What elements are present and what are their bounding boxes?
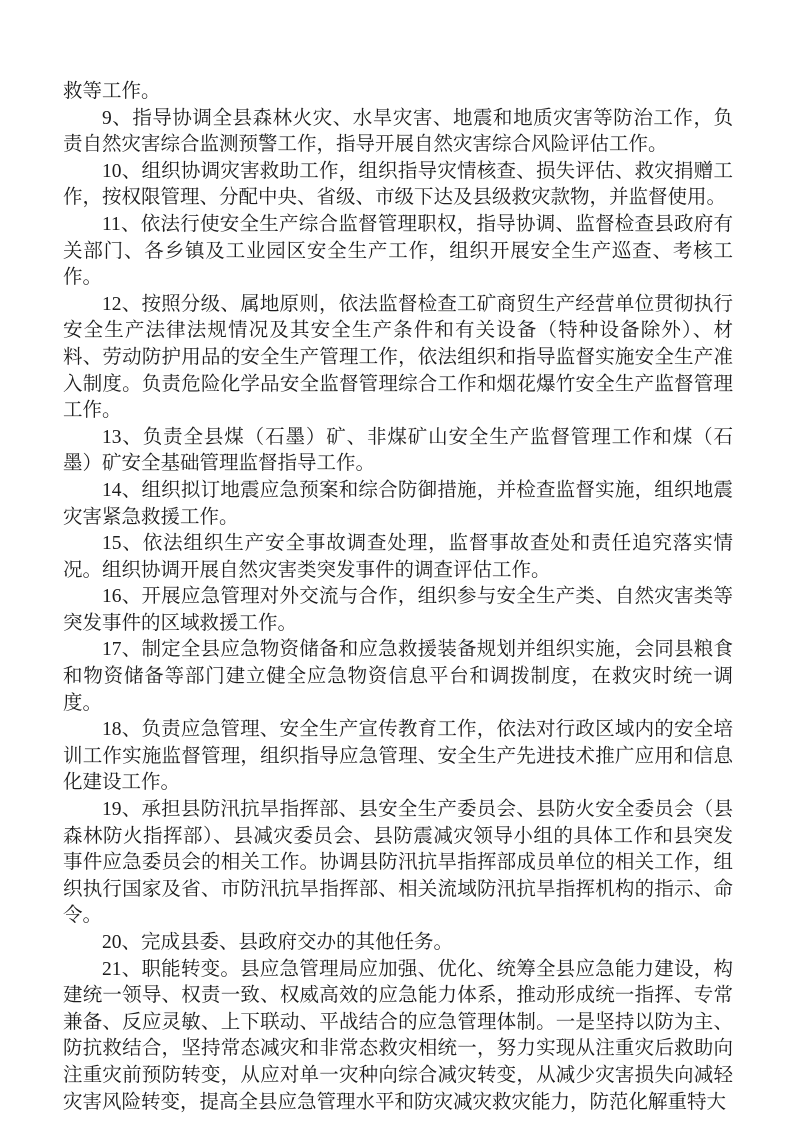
clause-duty-17: 17、制定全县应急物资储备和应急救援装备规划并组织实施，会同县粮食和物资储备等部…: [63, 637, 733, 717]
clause-duty-20: 20、完成县委、县政府交办的其他任务。: [63, 930, 733, 957]
clause-duty-10: 10、组织协调灾害救助工作，组织指导灾情核查、损失评估、救灾捐赠工作，按权限管理…: [63, 159, 733, 212]
clause-duty-13: 13、负责全县煤（石墨）矿、非煤矿山安全生产监督管理工作和煤（石墨）矿安全基础管…: [63, 425, 733, 478]
clause-duty-14: 14、组织拟订地震应急预案和综合防御措施，并检查监督实施，组织地震灾害紧急救援工…: [63, 478, 733, 531]
clause-duty-19: 19、承担县防汛抗旱指挥部、县安全生产委员会、县防火安全委员会（县森林防火指挥部…: [63, 797, 733, 930]
document-page: 救等工作。 9、指导协调全县森林火灾、水旱灾害、地震和地质灾害等防治工作，负责自…: [0, 0, 793, 1122]
clause-continuation: 救等工作。: [63, 79, 733, 106]
clause-duty-11: 11、依法行使安全生产综合监督管理职权，指导协调、监督检查县政府有关部门、各乡镇…: [63, 212, 733, 292]
clause-duty-16: 16、开展应急管理对外交流与合作，组织参与安全生产类、自然灾害类等突发事件的区域…: [63, 584, 733, 637]
clause-duty-18: 18、负责应急管理、安全生产宣传教育工作，依法对行政区域内的安全培训工作实施监督…: [63, 717, 733, 797]
clause-duty-15: 15、依法组织生产安全事故调查处理，监督事故查处和责任追究落实情况。组织协调开展…: [63, 531, 733, 584]
document-text-block: 救等工作。 9、指导协调全县森林火灾、水旱灾害、地震和地质灾害等防治工作，负责自…: [63, 79, 733, 1116]
clause-duty-9: 9、指导协调全县森林火灾、水旱灾害、地震和地质灾害等防治工作，负责自然灾害综合监…: [63, 106, 733, 159]
clause-duty-12: 12、按照分级、属地原则，依法监督检查工矿商贸生产经营单位贯彻执行安全生产法律法…: [63, 292, 733, 425]
clause-duty-21: 21、职能转变。县应急管理局应加强、优化、统筹全县应急能力建设，构建统一领导、权…: [63, 957, 733, 1117]
